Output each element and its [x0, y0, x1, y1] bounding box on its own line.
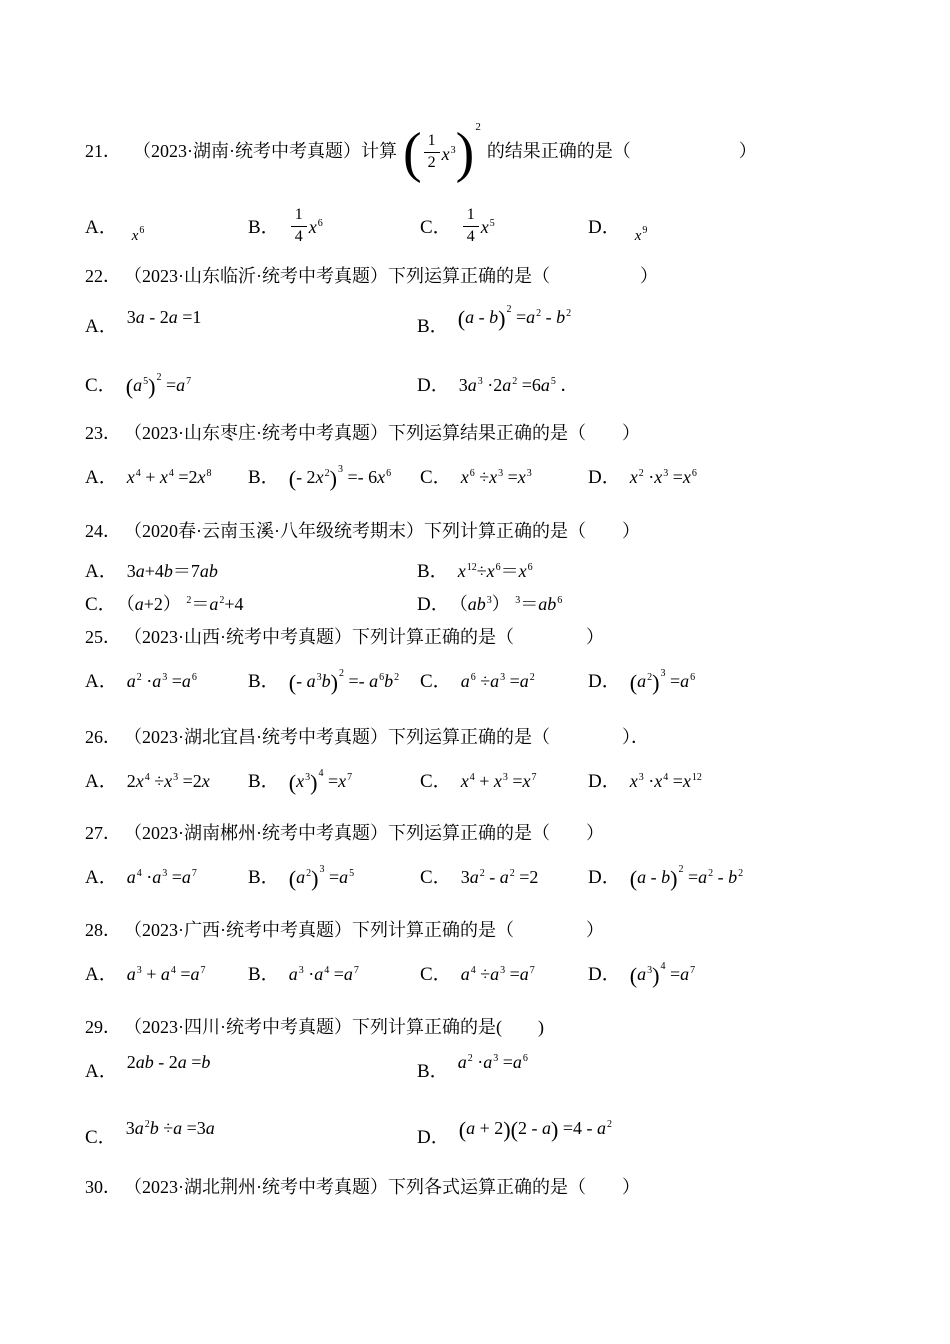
option-label: C．	[420, 867, 452, 888]
option-label: C．	[420, 217, 452, 238]
option-formula: 3a - 2a =1	[127, 307, 202, 328]
question-text: （2023·四川·统考中考真题）下列计算正确的是( )	[133, 1017, 544, 1037]
option-label: B．	[248, 467, 280, 488]
option-formula: 2x4 ÷x3 =2x	[127, 771, 210, 791]
question-number: 21．	[85, 138, 121, 164]
option-label: B．	[248, 217, 280, 238]
option-A: A．a3 + a4 =a7	[85, 959, 248, 986]
option-label: B．	[248, 671, 280, 692]
option-label: D．	[588, 867, 621, 888]
question-24: 24．（2020春·云南玉溪·八年级统考期末）下列计算正确的是（ ）A．3a+4…	[85, 518, 915, 616]
options-row: A．2x4 ÷x3 =2xB．(x3)4 =x7C．x4 + x3 =x7D．x…	[85, 766, 915, 793]
option-D: D．(a2)3 =a6	[588, 666, 695, 693]
option-A: A．a2 ·a3 =a6	[85, 666, 248, 693]
question-text: （2023·山东枣庄·统考中考真题）下列运算结果正确的是（ ）	[133, 423, 640, 443]
option-B: B．(a - b)2 =a2 - b2	[417, 311, 571, 338]
option-A: A．2ab - 2a =b	[85, 1056, 417, 1083]
options-row: A．x6B．14x6C．14x5D．x9	[85, 210, 915, 249]
option-B: B．14x6	[248, 210, 420, 249]
option-label: B．	[248, 964, 280, 985]
option-C: C．a6 ÷a3 =a2	[420, 666, 588, 693]
option-D: D．(a - b)2 =a2 - b2	[588, 862, 743, 889]
option-C: C．14x5	[420, 210, 588, 249]
option-A: A．a4 ·a3 =a7	[85, 862, 248, 889]
option-C: C．(a5)2 =a7	[85, 370, 417, 397]
option-C: C．3a2 - a2 =2	[420, 862, 588, 889]
option-label: A．	[85, 771, 118, 792]
option-formula: (- a3b)2 =- a6b2	[289, 671, 399, 691]
option-label: D．	[588, 217, 621, 238]
question-number: 28．	[85, 920, 121, 940]
question-text: （2023·湖北荆州·统考中考真题）下列各式运算正确的是（ ）	[133, 1177, 640, 1197]
option-formula: x3 ·x4 =x12	[630, 771, 702, 791]
question-number: 23．	[85, 423, 121, 443]
stem-formula: (12x3)2	[403, 127, 481, 175]
option-label: B．	[417, 1061, 449, 1082]
option-label: A．	[85, 867, 118, 888]
question-29: 29．（2023·四川·统考中考真题）下列计算正确的是( )A．2ab - 2a…	[85, 1014, 915, 1149]
option-formula: 14x5	[461, 217, 495, 237]
option-B: B．(a2)3 =a5	[248, 862, 420, 889]
question-text: （2023·广西·统考中考真题）下列计算正确的是（ ）	[133, 920, 604, 940]
option-label: C．	[85, 1127, 117, 1148]
question-number: 30．	[85, 1177, 121, 1197]
question-stem: 25．（2023·山西·统考中考真题）下列计算正确的是（ ）	[85, 624, 915, 650]
question-28: 28．（2023·广西·统考中考真题）下列计算正确的是（ ）A．a3 + a4 …	[85, 917, 915, 986]
option-formula: a6 ÷a3 =a2	[461, 671, 535, 691]
option-label: A．	[85, 671, 118, 692]
option-B: B．a2 ·a3 =a6	[417, 1056, 528, 1083]
option-label: A．	[85, 964, 118, 985]
option-label: A．	[85, 1061, 118, 1082]
question-text: （2023·山西·统考中考真题）下列计算正确的是（ ）	[133, 627, 604, 647]
option-formula: （ab3） 3＝ab6	[459, 594, 563, 614]
option-B: B．x12÷x6＝x6	[417, 556, 533, 583]
option-formula: x4 + x3 =x7	[461, 771, 537, 791]
option-label: D．	[588, 671, 621, 692]
option-formula: x2 ·x3 =x6	[630, 467, 697, 487]
option-formula: a2 ·a3 =a6	[127, 671, 197, 691]
option-D: D．x2 ·x3 =x6	[588, 462, 697, 489]
option-formula: (a5)2 =a7	[126, 375, 191, 395]
option-B: B．(x3)4 =x7	[248, 766, 420, 793]
option-D: D．x9	[588, 212, 647, 239]
option-label: A．	[85, 561, 118, 582]
question-stem: 23．（2023·山东枣庄·统考中考真题）下列运算结果正确的是（ ）	[85, 420, 915, 446]
document-page: 21．（2023·湖南·统考中考真题）计算(12x3)2的结果正确的是（ ）A．…	[0, 0, 950, 1344]
option-A: A．3a+4b＝7ab	[85, 556, 417, 583]
option-formula: a2 ·a3 =a6	[458, 1052, 528, 1073]
question-22: 22．（2023·山东临沂·统考中考真题）下列运算正确的是（ ）A．3a - 2…	[85, 263, 915, 397]
option-formula: (a - b)2 =a2 - b2	[458, 307, 571, 328]
option-A: A．x4 + x4 =2x8	[85, 462, 248, 489]
question-stem: 22．（2023·山东临沂·统考中考真题）下列运算正确的是（ ）	[85, 263, 915, 289]
option-D: D．x3 ·x4 =x12	[588, 766, 702, 793]
option-B: B．(- a3b)2 =- a6b2	[248, 666, 420, 693]
option-label: A．	[85, 316, 118, 337]
option-label: B．	[417, 561, 449, 582]
option-label: A．	[85, 467, 118, 488]
question-23: 23．（2023·山东枣庄·统考中考真题）下列运算结果正确的是（ ）A．x4 +…	[85, 420, 915, 489]
question-text: （2023·湖北宜昌·统考中考真题）下列运算正确的是（ ）．	[133, 727, 649, 747]
option-formula: 3a3 ·2a2 =6a5 ．	[459, 375, 579, 395]
option-A: A．2x4 ÷x3 =2x	[85, 766, 248, 793]
option-C: C．x6 ÷x3 =x3	[420, 462, 588, 489]
option-label: D．	[588, 964, 621, 985]
option-formula: (a3)4 =a7	[630, 964, 695, 984]
option-formula: 3a2 - a2 =2	[461, 867, 539, 887]
question-stem: 24．（2020春·云南玉溪·八年级统考期末）下列计算正确的是（ ）	[85, 518, 915, 544]
option-C: C．（a+2） 2＝a2+4	[85, 589, 417, 616]
options-row: A．x4 + x4 =2x8B．(- 2x2)3 =- 6x6C．x6 ÷x3 …	[85, 462, 915, 489]
option-label: D．	[417, 594, 450, 615]
option-formula: (a2)3 =a5	[289, 867, 354, 887]
option-formula: a3 + a4 =a7	[127, 964, 206, 984]
question-stem: 29．（2023·四川·统考中考真题）下列计算正确的是( )	[85, 1014, 915, 1040]
option-formula: a4 ÷a3 =a7	[461, 964, 535, 984]
option-label: C．	[420, 771, 452, 792]
option-D: D．3a3 ·2a2 =6a5 ．	[417, 370, 578, 397]
options-row: A．2ab - 2a =bB．a2 ·a3 =a6	[85, 1056, 915, 1083]
option-B: B．(- 2x2)3 =- 6x6	[248, 462, 420, 489]
question-stem: 26．（2023·湖北宜昌·统考中考真题）下列运算正确的是（ ）．	[85, 724, 915, 750]
option-A: A．3a - 2a =1	[85, 311, 417, 338]
question-26: 26．（2023·湖北宜昌·统考中考真题）下列运算正确的是（ ）．A．2x4 ÷…	[85, 724, 915, 793]
question-number: 29．	[85, 1017, 121, 1037]
option-label: D．	[417, 1127, 450, 1148]
option-formula: (x3)4 =x7	[289, 771, 352, 791]
option-formula: (a2)3 =a6	[630, 671, 695, 691]
option-label: A．	[85, 217, 118, 238]
option-C: C．3a2b ÷a =3a	[85, 1122, 417, 1149]
option-formula: (- 2x2)3 =- 6x6	[289, 467, 391, 487]
option-label: C．	[85, 375, 117, 396]
options-row: A．a3 + a4 =a7B．a3 ·a4 =a7C．a4 ÷a3 =a7D．(…	[85, 959, 915, 986]
options-row: A．a4 ·a3 =a7B．(a2)3 =a5C．3a2 - a2 =2D．(a…	[85, 862, 915, 889]
question-number: 22．	[85, 266, 121, 286]
option-formula: x9	[635, 228, 648, 244]
option-formula: （a+2） 2＝a2+4	[126, 594, 244, 614]
option-formula: x6 ÷x3 =x3	[461, 467, 532, 487]
option-formula: x6	[132, 228, 145, 244]
question-text-suffix: 的结果正确的是（ ）	[487, 138, 757, 164]
question-stem: 27．（2023·湖南郴州·统考中考真题）下列运算正确的是（ ）	[85, 820, 915, 846]
question-text: （2020春·云南玉溪·八年级统考期末）下列计算正确的是（ ）	[133, 521, 640, 541]
option-formula: 14x6	[289, 217, 323, 237]
question-stem: 28．（2023·广西·统考中考真题）下列计算正确的是（ ）	[85, 917, 915, 943]
option-formula: 3a+4b＝7ab	[127, 561, 218, 581]
question-stem: 30．（2023·湖北荆州·统考中考真题）下列各式运算正确的是（ ）	[85, 1174, 915, 1200]
option-D: D．（ab3） 3＝ab6	[417, 589, 562, 616]
option-D: D．(a + 2)(2 - a) =4 - a2	[417, 1122, 612, 1149]
option-formula: x4 + x4 =2x8	[127, 467, 212, 487]
option-label: C．	[420, 467, 452, 488]
option-formula: 3a2b ÷a =3a	[126, 1118, 215, 1139]
option-label: C．	[85, 594, 117, 615]
option-B: B．a3 ·a4 =a7	[248, 959, 420, 986]
question-text: （2023·山东临沂·统考中考真题）下列运算正确的是（ ）	[133, 266, 658, 286]
option-label: C．	[420, 964, 452, 985]
option-formula: a3 ·a4 =a7	[289, 964, 359, 984]
option-C: C．x4 + x3 =x7	[420, 766, 588, 793]
question-30: 30．（2023·湖北荆州·统考中考真题）下列各式运算正确的是（ ）	[85, 1174, 915, 1200]
question-25: 25．（2023·山西·统考中考真题）下列计算正确的是（ ）A．a2 ·a3 =…	[85, 624, 915, 693]
options-row: A．3a - 2a =1B．(a - b)2 =a2 - b2	[85, 311, 915, 338]
question-text: （2023·湖南郴州·统考中考真题）下列运算正确的是（ ）	[133, 823, 604, 843]
question-stem: 21．（2023·湖南·统考中考真题）计算(12x3)2的结果正确的是（ ）	[85, 112, 915, 190]
options-row: A．3a+4b＝7abB．x12÷x6＝x6	[85, 556, 915, 583]
options-row: C．（a+2） 2＝a2+4D．（ab3） 3＝ab6	[85, 589, 915, 616]
options-row: C．(a5)2 =a7D．3a3 ·2a2 =6a5 ．	[85, 370, 915, 397]
option-C: C．a4 ÷a3 =a7	[420, 959, 588, 986]
question-number: 24．	[85, 521, 121, 541]
option-formula: (a + 2)(2 - a) =4 - a2	[459, 1118, 612, 1139]
option-formula: x12÷x6＝x6	[458, 561, 533, 581]
option-label: D．	[588, 467, 621, 488]
question-27: 27．（2023·湖南郴州·统考中考真题）下列运算正确的是（ ）A．a4 ·a3…	[85, 820, 915, 889]
option-label: B．	[248, 867, 280, 888]
options-row: A．a2 ·a3 =a6B．(- a3b)2 =- a6b2C．a6 ÷a3 =…	[85, 666, 915, 693]
option-D: D．(a3)4 =a7	[588, 959, 695, 986]
option-label: D．	[417, 375, 450, 396]
option-formula: 2ab - 2a =b	[127, 1052, 211, 1073]
option-formula: (a - b)2 =a2 - b2	[630, 867, 743, 887]
question-number: 26．	[85, 727, 121, 747]
option-formula: a4 ·a3 =a7	[127, 867, 197, 887]
question-text: （2023·湖南·统考中考真题）计算	[133, 138, 397, 164]
question-number: 27．	[85, 823, 121, 843]
options-row: C．3a2b ÷a =3aD．(a + 2)(2 - a) =4 - a2	[85, 1122, 915, 1149]
option-label: B．	[417, 316, 449, 337]
option-label: D．	[588, 771, 621, 792]
question-number: 25．	[85, 627, 121, 647]
option-label: C．	[420, 671, 452, 692]
option-A: A．x6	[85, 212, 248, 239]
question-21: 21．（2023·湖南·统考中考真题）计算(12x3)2的结果正确的是（ ）A．…	[85, 112, 915, 249]
option-label: B．	[248, 771, 280, 792]
